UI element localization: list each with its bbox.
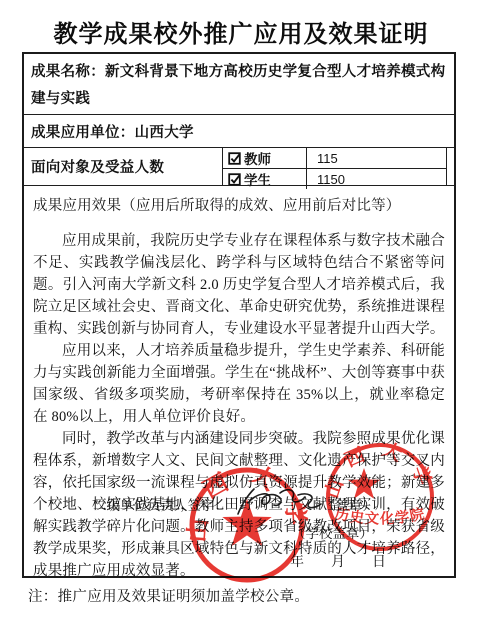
teachers-label: 教师 bbox=[244, 148, 271, 168]
effect-paragraph-1: 应用成果前，我院历史学专业存在课程体系与数字技术融合不足、实践教学偏浅层化、跨学… bbox=[33, 230, 445, 340]
audience-label: 面向对象及受益人数 bbox=[24, 148, 223, 185]
applying-unit-label: 成果应用单位： bbox=[31, 121, 135, 142]
page-title: 教学成果校外推广应用及效果证明 bbox=[0, 14, 482, 49]
effect-paragraph-2: 应用以来，人才培养质量稳步提升，学生史学素养、科研能力与实践创新能力全面增强。学… bbox=[33, 340, 445, 428]
checked-checkbox-icon bbox=[228, 152, 241, 165]
checked-checkbox-icon bbox=[228, 173, 241, 186]
signature-handwriting bbox=[230, 484, 326, 520]
seal-hint: （盖章） bbox=[322, 494, 376, 514]
certificate-table: 成果名称：新文科背景下地方高校历史学复合型人才培养模式构建与实践 成果应用单位：… bbox=[22, 52, 456, 578]
signature-line: 二级单位负责人签字： （盖章） bbox=[93, 494, 376, 514]
audience-subtable: 教师 115 学生 1150 bbox=[223, 148, 447, 185]
result-name-label: 成果名称： bbox=[31, 64, 105, 80]
audience-row: 面向对象及受益人数 教师 115 学生 bbox=[24, 147, 454, 185]
teachers-count: 115 bbox=[307, 151, 446, 166]
date-day-label: 日 bbox=[372, 555, 386, 570]
footnote: 注：推广应用及效果证明须加盖学校公章。 bbox=[28, 585, 309, 606]
applying-unit-value: 山西大学 bbox=[135, 121, 194, 142]
audience-row-teachers: 教师 115 bbox=[223, 148, 446, 169]
teachers-checkbox-cell: 教师 bbox=[223, 148, 307, 168]
result-name-row: 成果名称：新文科背景下地方高校历史学复合型人才培养模式构建与实践 bbox=[24, 54, 454, 114]
applying-unit-row: 成果应用单位：山西大学 bbox=[24, 114, 454, 147]
date-month-label: 月 bbox=[331, 555, 345, 570]
effect-header: 成果应用效果（应用后所取得的成效、应用前后对比等） bbox=[33, 194, 445, 215]
signature-label: 二级单位负责人签字： bbox=[93, 494, 228, 514]
date-line: 年月日 bbox=[290, 551, 386, 571]
effect-row: 成果应用效果（应用后所取得的成效、应用前后对比等） 应用成果前，我院历史学专业存… bbox=[24, 185, 454, 576]
date-year-label: 年 bbox=[290, 555, 304, 570]
school-seal-note: （学校盖章） bbox=[292, 522, 373, 542]
